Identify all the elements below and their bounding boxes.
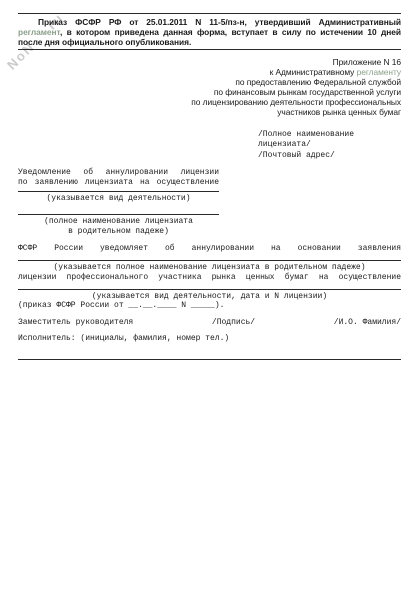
- addressee-block: /Полное наименование лицензиата/ /Почтов…: [258, 130, 354, 161]
- form-title: Уведомление об аннулировании лицензии по…: [18, 168, 219, 188]
- form-title-line: Уведомление об аннулировании лицензии: [18, 168, 219, 178]
- appendix-header: Приложение N 16 к Административному регл…: [191, 58, 401, 117]
- form-paragraph: лицензии профессионального участника рын…: [18, 273, 401, 283]
- appendix-line: участников рынка ценных бумаг: [191, 108, 401, 118]
- blank-caption-line: в родительном падеже): [18, 227, 219, 237]
- blank-line: [18, 214, 219, 215]
- signature-row: Заместитель руководителя /Подпись/ /И.О.…: [18, 318, 401, 328]
- document-page: NoNru Приказ ФСФР РФ от 25.01.2011 N 11-…: [0, 0, 420, 600]
- signature-position: Заместитель руководителя: [18, 318, 133, 328]
- signature-sign: /Подпись/: [212, 318, 255, 328]
- blank-line: [18, 191, 219, 192]
- blank-line: [18, 260, 401, 261]
- blank-caption: (указывается вид деятельности): [18, 194, 219, 204]
- form-paragraph: ФСФР России уведомляет об аннулировании …: [18, 244, 401, 254]
- footer-rule: [18, 359, 401, 360]
- blank-caption-line: (полное наименование лицензиата: [18, 217, 219, 227]
- executor-line: Исполнитель: (инициалы, фамилия, номер т…: [18, 334, 401, 344]
- blank-caption: (указывается полное наименование лицензи…: [18, 263, 401, 273]
- signature-name: /И.О. Фамилия/: [334, 318, 401, 328]
- notice-text: Приказ ФСФР РФ от 25.01.2011 N 11-5/пз-н…: [38, 17, 401, 27]
- reglament-link[interactable]: регламент: [18, 27, 60, 37]
- addressee-line: /Полное наименование: [258, 130, 354, 140]
- addressee-line: лицензиата/: [258, 140, 354, 150]
- blank-caption: (полное наименование лицензиата в родите…: [18, 217, 219, 237]
- addressee-line: /Почтовый адрес/: [258, 151, 354, 161]
- form-title-line: по заявлению лицензиата на осуществление: [18, 178, 219, 188]
- blank-line: [18, 289, 401, 290]
- appendix-text: к Административному: [270, 67, 357, 77]
- edition-notice: Приказ ФСФР РФ от 25.01.2011 N 11-5/пз-н…: [18, 13, 401, 50]
- reglament-link[interactable]: регламенту: [357, 67, 401, 77]
- notice-text: , в котором приведена данная форма, всту…: [18, 27, 401, 47]
- order-reference: (приказ ФСФР России от __.__.____ N ____…: [18, 301, 401, 311]
